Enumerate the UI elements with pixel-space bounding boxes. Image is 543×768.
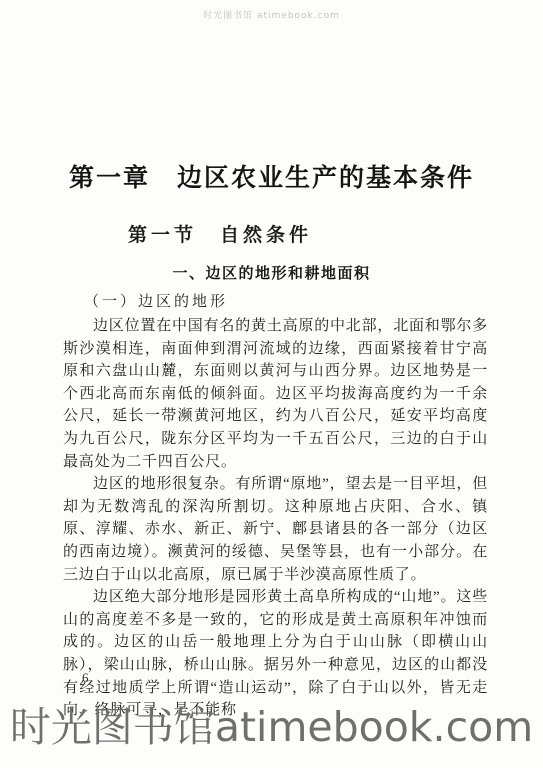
body-text: 边区位置在中国有名的黄土高原的中北部，北面和鄂尔多斯沙漠相连，南面伸到渭河流域的… <box>63 315 488 722</box>
section-title: 第一节 自然条件 <box>128 220 312 247</box>
chapter-title: 第一章 边区农业生产的基本条件 <box>0 158 543 194</box>
paragraph-terrain-complexity: 边区的地形很复杂。有所谓“原地”，望去是一目平坦，但却为无数湾乱的深沟所割切。这… <box>63 473 488 586</box>
page-number: 6 <box>82 670 89 686</box>
watermark-bottom: 时光图书馆atimebook.com <box>10 694 533 753</box>
watermark-top: 时光图书馆 atimebook.com <box>0 8 543 21</box>
paragraph-terrain-location: 边区位置在中国有名的黄土高原的中北部，北面和鄂尔多斯沙漠相连，南面伸到渭河流域的… <box>63 315 488 473</box>
subitem-title: （一）边区的地形 <box>84 290 228 311</box>
scanned-book-page: 时光图书馆 atimebook.com 第一章 边区农业生产的基本条件 第一节 … <box>0 0 543 768</box>
subsection-title: 一、边区的地形和耕地面积 <box>0 262 543 283</box>
